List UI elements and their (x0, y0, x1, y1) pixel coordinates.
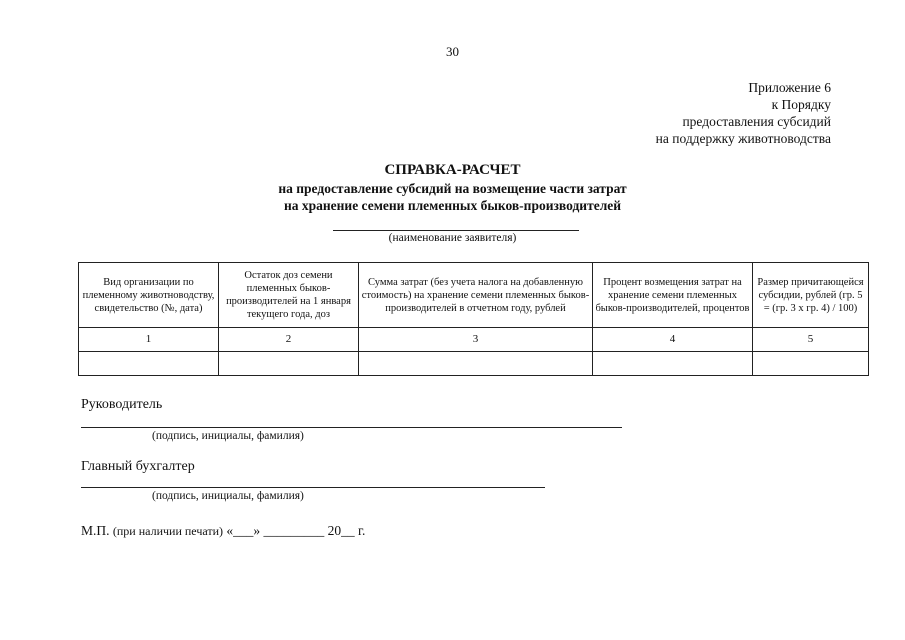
title-subtitle-2: на хранение семени племенных быков-произ… (0, 197, 905, 214)
column-number: 2 (219, 328, 359, 352)
table-cell[interactable] (593, 352, 753, 376)
head-label: Руководитель (81, 397, 162, 413)
accountant-signature-caption: (подпись, инициалы, фамилия) (152, 490, 304, 502)
applicant-caption: (наименование заявителя) (0, 232, 905, 244)
head-signature-caption: (подпись, инициалы, фамилия) (152, 430, 304, 442)
page-number: 30 (0, 44, 905, 60)
table-header-row: Вид организации по племенному животновод… (79, 263, 869, 328)
stamp-date-line: М.П. (при наличии печати) «___» ________… (81, 523, 365, 539)
accountant-label: Главный бухгалтер (81, 459, 195, 475)
document-title: СПРАВКА-РАСЧЕТ на предоставление субсиди… (0, 161, 905, 214)
column-number-row: 1 2 3 4 5 (79, 328, 869, 352)
table-cell[interactable] (753, 352, 869, 376)
header-cell: Процент возмещения затрат на хранение се… (593, 263, 753, 328)
table-row (79, 352, 869, 376)
header-cell: Вид организации по племенному животновод… (79, 263, 219, 328)
title-main: СПРАВКА-РАСЧЕТ (0, 161, 905, 180)
title-subtitle-1: на предоставление субсидий на возмещение… (0, 180, 905, 197)
header-cell: Сумма затрат (без учета налога на добавл… (359, 263, 593, 328)
annex-line: на поддержку животноводства (656, 130, 831, 147)
annex-reference: Приложение 6 к Порядку предоставления су… (656, 79, 831, 147)
header-cell: Размер причитающейся субсидии, рублей (г… (753, 263, 869, 328)
column-number: 5 (753, 328, 869, 352)
table-cell[interactable] (79, 352, 219, 376)
column-number: 4 (593, 328, 753, 352)
table-cell[interactable] (219, 352, 359, 376)
column-number: 1 (79, 328, 219, 352)
applicant-name-field[interactable] (333, 230, 579, 231)
stamp-note: (при наличии печати) (113, 524, 223, 538)
annex-line: предоставления субсидий (656, 113, 831, 130)
stamp-label: М.П. (81, 523, 110, 538)
header-cell: Остаток доз семени племенных быков-произ… (219, 263, 359, 328)
table-cell[interactable] (359, 352, 593, 376)
date-field[interactable]: «___» _________ 20__ г. (226, 523, 365, 538)
accountant-signature-line[interactable] (81, 487, 545, 488)
column-number: 3 (359, 328, 593, 352)
head-signature-line[interactable] (81, 427, 622, 428)
annex-line: Приложение 6 (656, 79, 831, 96)
annex-line: к Порядку (656, 96, 831, 113)
calculation-table: Вид организации по племенному животновод… (78, 262, 869, 376)
